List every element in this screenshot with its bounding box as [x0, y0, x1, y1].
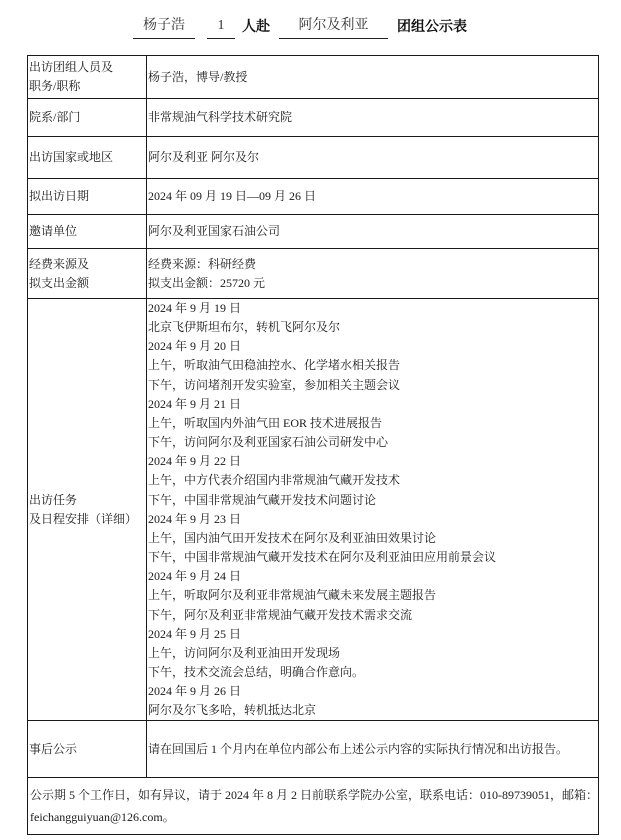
funding-source: 经费来源：科研经费 [148, 255, 598, 274]
itinerary-line: 上午，听取国内外油气田 EOR 技术进展报告 [148, 414, 598, 433]
row-footer: 公示期 5 个工作日，如有异议，请于 2024 年 8 月 2 日前联系学院办公… [28, 778, 599, 835]
row-itinerary: 出访任务 及日程安排（详细） 2024 年 9 月 19 日 北京飞伊斯坦布尔，… [28, 299, 599, 721]
title-connector: 人赴 [240, 14, 272, 38]
inviter-label: 邀请单位 [28, 215, 147, 249]
itinerary-line: 下午，访问阿尔及利亚国家石油公司研发中心 [148, 433, 598, 452]
disclosure-table: 出访团组人员及 职务/职称 杨子浩，博导/教授 院系/部门 非常规油气科学技术研… [27, 55, 599, 835]
row-members: 出访团组人员及 职务/职称 杨子浩，博导/教授 [28, 56, 599, 99]
itinerary-line: 下午，访问堵剂开发实验室，参加相关主题会议 [148, 376, 598, 395]
itinerary-line: 下午，中国非常规油气藏开发技术在阿尔及利亚油田应用前景会议 [148, 548, 598, 567]
row-dates: 拟出访日期 2024 年 09 月 19 日—09 月 26 日 [28, 179, 599, 215]
members-value: 杨子浩，博导/教授 [147, 56, 599, 99]
funding-amount: 拟支出金额：25720 元 [148, 274, 598, 293]
itinerary-line: 2024 年 9 月 25 日 [148, 625, 598, 644]
department-value: 非常规油气科学技术研究院 [147, 99, 599, 137]
itinerary-line: 北京飞伊斯坦布尔，转机飞阿尔及尔 [148, 318, 598, 337]
title-count-field: 1 [207, 14, 235, 39]
itinerary-line: 2024 年 9 月 21 日 [148, 395, 598, 414]
row-destination: 出访国家或地区 阿尔及利亚 阿尔及尔 [28, 137, 599, 179]
dates-label: 拟出访日期 [28, 179, 147, 215]
itinerary-line: 上午，国内油气田开发技术在阿尔及利亚油田效果讨论 [148, 529, 598, 548]
destination-value: 阿尔及利亚 阿尔及尔 [147, 137, 599, 179]
itinerary-line: 阿尔及尔飞多哈，转机抵达北京 [148, 701, 598, 720]
itinerary-line: 上午，听取阿尔及利亚非常规油气藏未来发展主题报告 [148, 586, 598, 605]
department-label: 院系/部门 [28, 99, 147, 137]
destination-label: 出访国家或地区 [28, 137, 147, 179]
itinerary-line: 下午，阿尔及利亚非常规油气藏开发技术需求交流 [148, 606, 598, 625]
funding-label: 经费来源及 拟支出金额 [28, 249, 147, 299]
funding-value: 经费来源：科研经费 拟支出金额：25720 元 [147, 249, 599, 299]
title-suffix: 团组公示表 [395, 14, 469, 38]
itinerary-line: 2024 年 9 月 22 日 [148, 452, 598, 471]
itinerary-line: 2024 年 9 月 24 日 [148, 567, 598, 586]
itinerary-line: 2024 年 9 月 26 日 [148, 682, 598, 701]
dates-value: 2024 年 09 月 19 日—09 月 26 日 [147, 179, 599, 215]
title-name-field: 杨子浩 [133, 14, 195, 39]
document-title: 杨子浩 1 人赴 阿尔及利亚 团组公示表 [0, 14, 621, 40]
inviter-value: 阿尔及利亚国家石油公司 [147, 215, 599, 249]
row-department: 院系/部门 非常规油气科学技术研究院 [28, 99, 599, 137]
title-country-field: 阿尔及利亚 [279, 14, 388, 39]
itinerary-line: 上午，听取油气田稳油控水、化学堵水相关报告 [148, 356, 598, 375]
itinerary-line: 2024 年 9 月 19 日 [148, 299, 598, 318]
itinerary-line: 2024 年 9 月 23 日 [148, 510, 598, 529]
post-notice-label: 事后公示 [28, 721, 147, 778]
itinerary-value: 2024 年 9 月 19 日 北京飞伊斯坦布尔，转机飞阿尔及尔 2024 年 … [147, 299, 599, 721]
itinerary-line: 下午，中国非常规油气藏开发技术问题讨论 [148, 491, 598, 510]
itinerary-line: 上午，访问阿尔及利亚油田开发现场 [148, 644, 598, 663]
row-post-notice: 事后公示 请在回国后 1 个月内在单位内部公布上述公示内容的实际执行情况和出访报… [28, 721, 599, 778]
footer-notice: 公示期 5 个工作日，如有异议，请于 2024 年 8 月 2 日前联系学院办公… [28, 778, 599, 835]
row-inviter: 邀请单位 阿尔及利亚国家石油公司 [28, 215, 599, 249]
members-label: 出访团组人员及 职务/职称 [28, 56, 147, 99]
post-notice-value: 请在回国后 1 个月内在单位内部公布上述公示内容的实际执行情况和出访报告。 [147, 721, 599, 778]
row-funding: 经费来源及 拟支出金额 经费来源：科研经费 拟支出金额：25720 元 [28, 249, 599, 299]
itinerary-line: 下午，技术交流会总结，明确合作意向。 [148, 663, 598, 682]
itinerary-line: 上午，中方代表介绍国内非常规油气藏开发技术 [148, 471, 598, 490]
itinerary-label: 出访任务 及日程安排（详细） [28, 299, 147, 721]
itinerary-line: 2024 年 9 月 20 日 [148, 337, 598, 356]
